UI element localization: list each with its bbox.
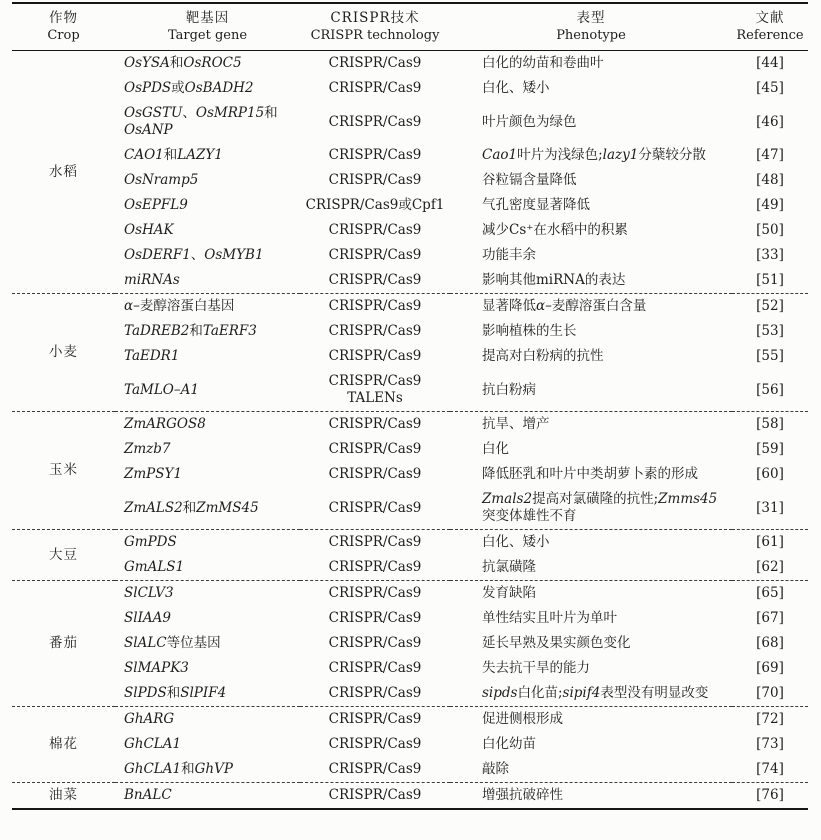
crop-cell: 油菜: [12, 783, 115, 810]
gene-name: OsYSA: [124, 55, 170, 71]
plain-text: 和: [183, 500, 197, 516]
technology-cell: CRISPR/Cas9: [300, 631, 450, 656]
plain-text: 表型没有明显改变: [600, 685, 708, 701]
gene-name: ZmALS2: [124, 500, 183, 516]
plain-text: –麦醇溶蛋白含量: [545, 298, 646, 314]
gene-name: OsHAK: [124, 222, 174, 238]
technology-cell: CRISPR/Cas9: [300, 732, 450, 757]
gene-name: GhARG: [124, 711, 174, 727]
col-header-target-gene-zh: 靶基因: [115, 9, 300, 27]
gene-name: lazy1: [603, 147, 639, 163]
crop-cell: 番茄: [12, 581, 115, 707]
technology-cell: CRISPR/Cas9: [300, 319, 450, 344]
technology-cell: CRISPR/Cas9: [300, 76, 450, 101]
table-body: 水稻OsYSA和OsROC5CRISPR/Cas9白化的幼苗和卷曲叶[44]Os…: [12, 51, 808, 810]
plain-text: 促进侧根形成: [482, 711, 563, 727]
phenotype-cell: 抗白粉病: [450, 369, 732, 412]
phenotype-cell: 延长早熟及果实颜色变化: [450, 631, 732, 656]
reference-cell: [56]: [732, 369, 808, 412]
gene-name: TaEDR1: [124, 348, 179, 364]
gene-name: SlCLV3: [124, 585, 174, 601]
gene-cell: ZmPSY1: [115, 462, 300, 487]
plain-text: 、: [182, 105, 196, 121]
crop-cell: 棉花: [12, 707, 115, 783]
plain-text: 谷粒镉含量降低: [482, 172, 577, 188]
reference-cell: [55]: [732, 344, 808, 369]
plain-text: 、: [191, 247, 205, 263]
gene-cell: ZmALS2和ZmMS45: [115, 487, 300, 530]
reference-cell: [45]: [732, 76, 808, 101]
gene-cell: BnALC: [115, 783, 300, 810]
technology-cell: CRISPR/Cas9或Cpf1: [300, 193, 450, 218]
plain-text: 降低胚乳和叶片中类胡萝卜素的形成: [482, 466, 698, 482]
plain-text: 延长早熟及果实颜色变化: [482, 635, 631, 651]
gene-cell: TaDREB2和TaERF3: [115, 319, 300, 344]
gene-name: OsNramp5: [124, 172, 198, 188]
gene-name: CAO1: [124, 147, 164, 163]
phenotype-cell: 抗旱、增产: [450, 412, 732, 438]
gene-name: Zmzb7: [124, 441, 171, 457]
col-header-crispr-technology: CRISPR技术 CRISPR technology: [300, 3, 450, 51]
col-header-target-gene: 靶基因 Target gene: [115, 3, 300, 51]
reference-cell: [70]: [732, 681, 808, 707]
technology-cell: CRISPR/Cas9: [300, 681, 450, 707]
reference-cell: [76]: [732, 783, 808, 810]
phenotype-cell: Cao1叶片为浅绿色;lazy1分蘖较分散: [450, 143, 732, 168]
technology-cell: CRISPR/Cas9: [300, 606, 450, 631]
technology-cell: CRISPR/Cas9: [300, 656, 450, 681]
reference-cell: [50]: [732, 218, 808, 243]
phenotype-cell: 提高对白粉病的抗性: [450, 344, 732, 369]
reference-cell: [69]: [732, 656, 808, 681]
gene-cell: miRNAs: [115, 268, 300, 294]
phenotype-cell: 影响其他miRNA的表达: [450, 268, 732, 294]
technology-cell: CRISPR/Cas9: [300, 462, 450, 487]
gene-name: GmALS1: [124, 559, 184, 575]
table-row: SlALC等位基因CRISPR/Cas9延长早熟及果实颜色变化[68]: [12, 631, 808, 656]
table-row: 水稻OsYSA和OsROC5CRISPR/Cas9白化的幼苗和卷曲叶[44]: [12, 51, 808, 77]
gene-cell: ZmARGOS8: [115, 412, 300, 438]
gene-cell: SlALC等位基因: [115, 631, 300, 656]
plain-text: 白化、矮小: [482, 534, 550, 550]
gene-name: OsMRP15: [196, 105, 264, 121]
col-header-reference-zh: 文献: [732, 9, 808, 27]
table-header: 作物 Crop 靶基因 Target gene CRISPR技术 CRISPR …: [12, 3, 808, 51]
reference-cell: [68]: [732, 631, 808, 656]
gene-name: OsGSTU: [124, 105, 182, 121]
gene-cell: OsEPFL9: [115, 193, 300, 218]
phenotype-cell: 发育缺陷: [450, 581, 732, 607]
technology-cell: CRISPR/Cas9: [300, 581, 450, 607]
phenotype-cell: sipds白化苗;sipif4表型没有明显改变: [450, 681, 732, 707]
gene-name: Zmals2: [482, 491, 532, 507]
plain-text: 提高对氯磺隆的抗性;: [532, 491, 658, 507]
technology-cell: CRISPR/Cas9: [300, 243, 450, 268]
table-row: OsGSTU、OsMRP15和OsANPCRISPR/Cas9叶片颜色为绿色[4…: [12, 101, 808, 143]
gene-name: OsEPFL9: [124, 197, 188, 213]
reference-cell: [53]: [732, 319, 808, 344]
gene-name: Cao1: [482, 147, 517, 163]
gene-cell: OsGSTU、OsMRP15和OsANP: [115, 101, 300, 143]
gene-cell: Zmzb7: [115, 437, 300, 462]
phenotype-cell: 单性结实且叶片为单叶: [450, 606, 732, 631]
technology-cell: CRISPR/Cas9: [300, 101, 450, 143]
technology-cell: CRISPR/Cas9: [300, 437, 450, 462]
technology-cell: CRISPR/Cas9: [300, 783, 450, 810]
phenotype-cell: 失去抗干旱的能力: [450, 656, 732, 681]
phenotype-cell: 减少Cs⁺在水稻中的积累: [450, 218, 732, 243]
gene-name: OsMYB1: [204, 247, 263, 263]
technology-cell: CRISPR/Cas9: [300, 268, 450, 294]
col-header-reference-en: Reference: [732, 27, 808, 44]
plain-text: 抗白粉病: [482, 382, 536, 398]
reference-cell: [46]: [732, 101, 808, 143]
plain-text: 抗旱、增产: [482, 416, 550, 432]
plain-text: 增强抗破碎性: [482, 787, 563, 803]
gene-name: ZmARGOS8: [124, 416, 206, 432]
phenotype-cell: Zmals2提高对氯磺隆的抗性;Zmms45突变体雄性不育: [450, 487, 732, 530]
gene-name: sipif4: [563, 685, 601, 701]
gene-name: OsBADH2: [185, 80, 254, 96]
gene-name: OsDERF1: [124, 247, 191, 263]
plain-text: 失去抗干旱的能力: [482, 660, 590, 676]
technology-cell: CRISPR/Cas9: [300, 757, 450, 783]
gene-name: TaDREB2: [124, 323, 189, 339]
gene-name: SlMAPK3: [124, 660, 189, 676]
gene-cell: GhCLA1和GhVP: [115, 757, 300, 783]
table-row: SlIAA9CRISPR/Cas9单性结实且叶片为单叶[67]: [12, 606, 808, 631]
gene-cell: OsNramp5: [115, 168, 300, 193]
reference-cell: [65]: [732, 581, 808, 607]
crispr-crops-table: 作物 Crop 靶基因 Target gene CRISPR技术 CRISPR …: [12, 2, 808, 810]
reference-cell: [44]: [732, 51, 808, 77]
gene-cell: SlIAA9: [115, 606, 300, 631]
gene-cell: GhCLA1: [115, 732, 300, 757]
technology-cell: CRISPR/Cas9: [300, 555, 450, 581]
table-row: GhCLA1和GhVPCRISPR/Cas9敲除[74]: [12, 757, 808, 783]
gene-name: ZmPSY1: [124, 466, 182, 482]
plain-text: 抗氯磺隆: [482, 559, 536, 575]
phenotype-cell: 白化、矮小: [450, 530, 732, 556]
technology-cell: CRISPR/Cas9: [300, 168, 450, 193]
reference-cell: [67]: [732, 606, 808, 631]
phenotype-cell: 谷粒镉含量降低: [450, 168, 732, 193]
plain-text: 白化、矮小: [482, 80, 550, 96]
reference-cell: [59]: [732, 437, 808, 462]
plain-text: 和: [189, 323, 203, 339]
reference-cell: [62]: [732, 555, 808, 581]
gene-cell: GmPDS: [115, 530, 300, 556]
col-header-crispr-technology-en: CRISPR technology: [300, 27, 450, 44]
col-header-crop-en: Crop: [12, 27, 115, 44]
plain-text: 叶片颜色为绿色: [482, 114, 577, 130]
reference-cell: [58]: [732, 412, 808, 438]
technology-cell: CRISPR/Cas9: [300, 51, 450, 77]
table-row: OsDERF1、OsMYB1CRISPR/Cas9功能丰余[33]: [12, 243, 808, 268]
gene-name: GhCLA1: [124, 761, 181, 777]
plain-text: 白化的幼苗和卷曲叶: [482, 55, 604, 71]
phenotype-cell: 抗氯磺隆: [450, 555, 732, 581]
plain-text: 影响植株的生长: [482, 323, 577, 339]
table-row: OsHAKCRISPR/Cas9减少Cs⁺在水稻中的积累[50]: [12, 218, 808, 243]
table-row: CAO1和LAZY1CRISPR/Cas9Cao1叶片为浅绿色;lazy1分蘖较…: [12, 143, 808, 168]
phenotype-cell: 白化: [450, 437, 732, 462]
plain-text: 和: [181, 761, 195, 777]
plain-text: 白化: [482, 441, 509, 457]
gene-name: GhCLA1: [124, 736, 181, 752]
gene-cell: OsYSA和OsROC5: [115, 51, 300, 77]
reference-cell: [60]: [732, 462, 808, 487]
plain-text: –麦醇溶蛋白基因: [133, 298, 234, 314]
gene-name: TaERF3: [203, 323, 257, 339]
table-row: OsPDS或OsBADH2CRISPR/Cas9白化、矮小[45]: [12, 76, 808, 101]
table-row: 大豆GmPDSCRISPR/Cas9白化、矮小[61]: [12, 530, 808, 556]
gene-cell: TaMLO–A1: [115, 369, 300, 412]
gene-name: LAZY1: [177, 147, 223, 163]
crop-cell: 小麦: [12, 294, 115, 412]
phenotype-cell: 功能丰余: [450, 243, 732, 268]
table-row: 棉花GhARGCRISPR/Cas9促进侧根形成[72]: [12, 707, 808, 733]
gene-cell: SlPDS和SlPIF4: [115, 681, 300, 707]
reference-cell: [47]: [732, 143, 808, 168]
phenotype-cell: 降低胚乳和叶片中类胡萝卜素的形成: [450, 462, 732, 487]
crop-cell: 水稻: [12, 51, 115, 294]
plain-text: 等位基因: [167, 635, 221, 651]
technology-cell: CRISPR/Cas9: [300, 143, 450, 168]
table-row: OsEPFL9CRISPR/Cas9或Cpf1气孔密度显著降低[49]: [12, 193, 808, 218]
table-row: 油菜BnALCCRISPR/Cas9增强抗破碎性[76]: [12, 783, 808, 810]
reference-cell: [52]: [732, 294, 808, 320]
col-header-target-gene-en: Target gene: [115, 27, 300, 44]
table-row: miRNAsCRISPR/Cas9影响其他miRNA的表达[51]: [12, 268, 808, 294]
plain-text: 功能丰余: [482, 247, 536, 263]
table-row: TaEDR1CRISPR/Cas9提高对白粉病的抗性[55]: [12, 344, 808, 369]
plain-text: 和: [264, 105, 278, 121]
plain-text: 或: [171, 80, 185, 96]
gene-cell: CAO1和LAZY1: [115, 143, 300, 168]
gene-cell: GhARG: [115, 707, 300, 733]
gene-cell: SlMAPK3: [115, 656, 300, 681]
col-header-phenotype: 表型 Phenotype: [450, 3, 732, 51]
plain-text: 单性结实且叶片为单叶: [482, 610, 617, 626]
crop-cell: 玉米: [12, 412, 115, 530]
phenotype-cell: 促进侧根形成: [450, 707, 732, 733]
phenotype-cell: 白化的幼苗和卷曲叶: [450, 51, 732, 77]
plain-text: 和: [167, 685, 181, 701]
reference-cell: [73]: [732, 732, 808, 757]
phenotype-cell: 白化幼苗: [450, 732, 732, 757]
table-row: ZmPSY1CRISPR/Cas9降低胚乳和叶片中类胡萝卜素的形成[60]: [12, 462, 808, 487]
reference-cell: [61]: [732, 530, 808, 556]
reference-cell: [51]: [732, 268, 808, 294]
gene-cell: GmALS1: [115, 555, 300, 581]
gene-name: GmPDS: [124, 534, 177, 550]
plain-text: 敲除: [482, 761, 509, 777]
gene-name: BnALC: [124, 787, 172, 803]
reference-cell: [72]: [732, 707, 808, 733]
col-header-crop-zh: 作物: [12, 9, 115, 27]
paper-table-page: 作物 Crop 靶基因 Target gene CRISPR技术 CRISPR …: [0, 0, 821, 810]
table-row: SlPDS和SlPIF4CRISPR/Cas9sipds白化苗;sipif4表型…: [12, 681, 808, 707]
table-row: ZmALS2和ZmMS45CRISPR/Cas9Zmals2提高对氯磺隆的抗性;…: [12, 487, 808, 530]
gene-name: SlPIF4: [180, 685, 226, 701]
gene-name: SlIAA9: [124, 610, 171, 626]
plain-text: 和: [164, 147, 178, 163]
plain-text: 气孔密度显著降低: [482, 197, 590, 213]
phenotype-cell: 显著降低α–麦醇溶蛋白含量: [450, 294, 732, 320]
phenotype-cell: 叶片颜色为绿色: [450, 101, 732, 143]
gene-cell: OsDERF1、OsMYB1: [115, 243, 300, 268]
gene-name: ZmMS45: [196, 500, 258, 516]
phenotype-cell: 白化、矮小: [450, 76, 732, 101]
plain-text: 分蘖较分散: [638, 147, 706, 163]
col-header-crispr-technology-zh: CRISPR技术: [300, 9, 450, 27]
col-header-reference: 文献 Reference: [732, 3, 808, 51]
gene-cell: OsPDS或OsBADH2: [115, 76, 300, 101]
technology-cell: CRISPR/Cas9 TALENs: [300, 369, 450, 412]
gene-cell: α–麦醇溶蛋白基因: [115, 294, 300, 320]
table-row: 玉米ZmARGOS8CRISPR/Cas9抗旱、增产[58]: [12, 412, 808, 438]
table-row: GmALS1CRISPR/Cas9抗氯磺隆[62]: [12, 555, 808, 581]
table-row: OsNramp5CRISPR/Cas9谷粒镉含量降低[48]: [12, 168, 808, 193]
gene-name: α: [124, 298, 133, 314]
gene-name: OsANP: [124, 122, 173, 138]
gene-name: SlPDS: [124, 685, 167, 701]
table-row: GhCLA1CRISPR/Cas9白化幼苗[73]: [12, 732, 808, 757]
table-row: Zmzb7CRISPR/Cas9白化[59]: [12, 437, 808, 462]
col-header-crop: 作物 Crop: [12, 3, 115, 51]
plain-text: 白化幼苗: [482, 736, 536, 752]
table-row: TaMLO–A1CRISPR/Cas9 TALENs抗白粉病[56]: [12, 369, 808, 412]
technology-cell: CRISPR/Cas9: [300, 412, 450, 438]
col-header-phenotype-en: Phenotype: [450, 27, 732, 44]
phenotype-cell: 敲除: [450, 757, 732, 783]
reference-cell: [74]: [732, 757, 808, 783]
gene-name: TaMLO–A1: [124, 382, 199, 398]
crop-cell: 大豆: [12, 530, 115, 581]
technology-cell: CRISPR/Cas9: [300, 294, 450, 320]
table-row: TaDREB2和TaERF3CRISPR/Cas9影响植株的生长[53]: [12, 319, 808, 344]
gene-cell: TaEDR1: [115, 344, 300, 369]
gene-name: OsROC5: [183, 55, 241, 71]
reference-cell: [48]: [732, 168, 808, 193]
plain-text: 减少Cs⁺在水稻中的积累: [482, 222, 628, 238]
reference-cell: [49]: [732, 193, 808, 218]
technology-cell: CRISPR/Cas9: [300, 530, 450, 556]
plain-text: 叶片为浅绿色;: [517, 147, 603, 163]
phenotype-cell: 增强抗破碎性: [450, 783, 732, 810]
table-row: 小麦α–麦醇溶蛋白基因CRISPR/Cas9显著降低α–麦醇溶蛋白含量[52]: [12, 294, 808, 320]
technology-cell: CRISPR/Cas9: [300, 707, 450, 733]
plain-text: 和: [170, 55, 184, 71]
plain-text: 影响其他miRNA的表达: [482, 272, 625, 288]
table-row: SlMAPK3CRISPR/Cas9失去抗干旱的能力[69]: [12, 656, 808, 681]
gene-cell: OsHAK: [115, 218, 300, 243]
gene-name: sipds: [482, 685, 517, 701]
reference-cell: [33]: [732, 243, 808, 268]
gene-name: α: [536, 298, 545, 314]
phenotype-cell: 影响植株的生长: [450, 319, 732, 344]
plain-text: 白化苗;: [517, 685, 562, 701]
plain-text: 显著降低: [482, 298, 536, 314]
plain-text: 提高对白粉病的抗性: [482, 348, 604, 364]
gene-name: Zmms45: [658, 491, 717, 507]
gene-name: GhVP: [195, 761, 233, 777]
technology-cell: CRISPR/Cas9: [300, 218, 450, 243]
plain-text: 发育缺陷: [482, 585, 536, 601]
gene-name: OsPDS: [124, 80, 171, 96]
col-header-phenotype-zh: 表型: [450, 9, 732, 27]
reference-cell: [31]: [732, 487, 808, 530]
technology-cell: CRISPR/Cas9: [300, 487, 450, 530]
gene-name: SlALC: [124, 635, 167, 651]
header-row: 作物 Crop 靶基因 Target gene CRISPR技术 CRISPR …: [12, 3, 808, 51]
table-row: 番茄SlCLV3CRISPR/Cas9发育缺陷[65]: [12, 581, 808, 607]
technology-cell: CRISPR/Cas9: [300, 344, 450, 369]
gene-cell: SlCLV3: [115, 581, 300, 607]
phenotype-cell: 气孔密度显著降低: [450, 193, 732, 218]
plain-text: 突变体雄性不育: [482, 508, 577, 524]
gene-name: miRNAs: [124, 272, 180, 288]
